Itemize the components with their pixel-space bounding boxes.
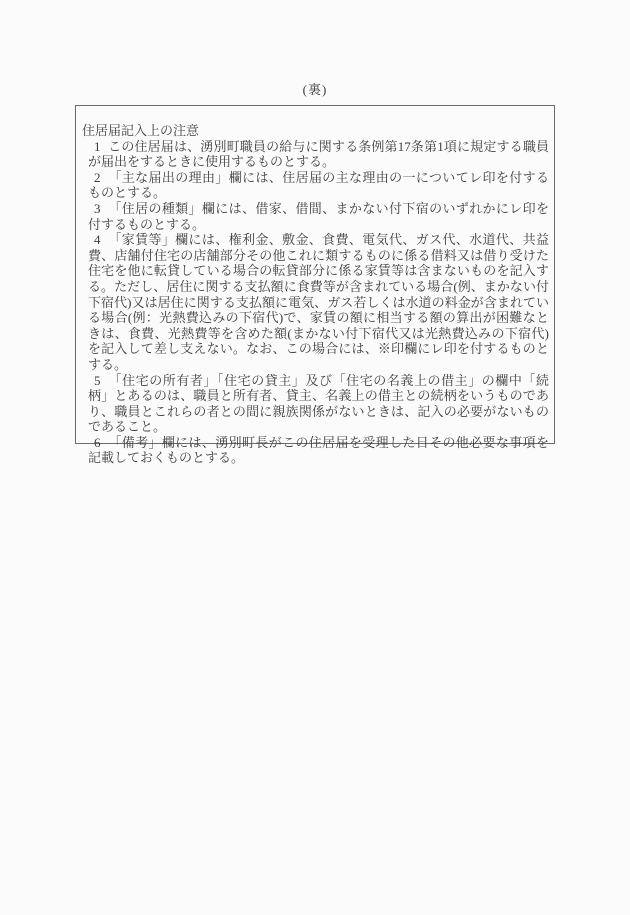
note-item-text: 「住居の種類」欄には、借家、借間、まかない付下宿のいずれかにレ印を付するものとす… <box>88 201 549 232</box>
note-item-6: 6「備考」欄には、湧別町長がこの住居届を受理した日その他必要な事項を記載しておく… <box>82 435 549 466</box>
page-side-label: (裏) <box>0 79 630 98</box>
note-item-number: 3 <box>94 201 108 217</box>
note-item-number: 2 <box>94 170 108 186</box>
note-item-number: 5 <box>94 373 108 389</box>
note-item-5: 5「住宅の所有者」「住宅の貸主」及び「住宅の名義上の借主」の欄中「続柄」とあるの… <box>82 373 549 435</box>
note-item-number: 6 <box>94 435 108 451</box>
note-item-text: 「家賃等」欄には、権利金、敷金、食費、電気代、ガス代、水道代、共益費、店舗付住宅… <box>88 232 549 372</box>
note-item-number: 4 <box>94 232 108 248</box>
note-item-text: 「主な届出の理由」欄には、住居届の主な理由の一についてレ印を付するものとする。 <box>88 170 549 201</box>
note-item-2: 2「主な届出の理由」欄には、住居届の主な理由の一についてレ印を付するものとする。 <box>82 170 549 201</box>
note-item-1: 1この住居届は、湧別町職員の給与に関する条例第17条第1項に規定する職員が届出を… <box>82 139 549 170</box>
note-item-text: 「住宅の所有者」「住宅の貸主」及び「住宅の名義上の借主」の欄中「続柄」とあるのは… <box>88 373 549 435</box>
notes-title: 住居届記入上の注意 <box>82 123 549 139</box>
note-item-number: 1 <box>94 139 108 155</box>
notes-box: 住居届記入上の注意 1この住居届は、湧別町職員の給与に関する条例第17条第1項に… <box>75 105 555 444</box>
note-item-text: この住居届は、湧別町職員の給与に関する条例第17条第1項に規定する職員が届出をす… <box>88 139 549 170</box>
document-page: (裏) 住居届記入上の注意 1この住居届は、湧別町職員の給与に関する条例第17条… <box>0 0 630 915</box>
note-item-text: 「備考」欄には、湧別町長がこの住居届を受理した日その他必要な事項を記載しておくも… <box>88 435 549 466</box>
note-item-3: 3「住居の種類」欄には、借家、借間、まかない付下宿のいずれかにレ印を付するものと… <box>82 201 549 232</box>
note-item-4: 4「家賃等」欄には、権利金、敷金、食費、電気代、ガス代、水道代、共益費、店舗付住… <box>82 232 549 372</box>
